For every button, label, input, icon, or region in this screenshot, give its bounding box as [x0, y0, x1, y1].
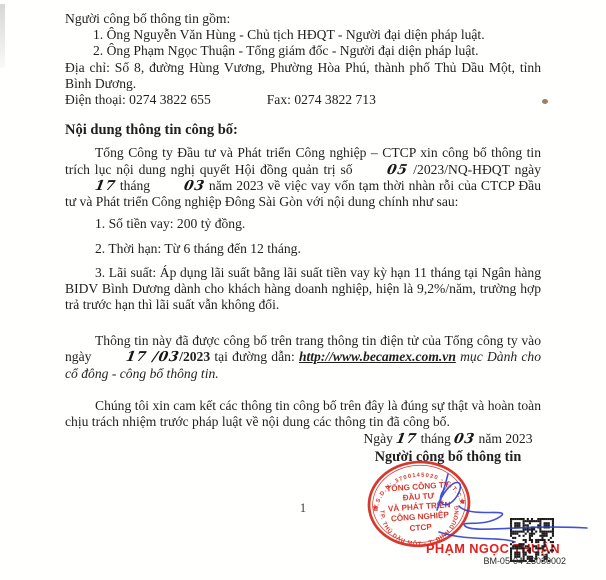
publish-text: tại đường dẫn:: [210, 349, 299, 364]
scan-edge-artifact: [0, 4, 5, 68]
fax-number: Fax: 0274 3822 713: [267, 92, 376, 107]
website-url: http://www.becamex.com.vn: [299, 349, 456, 364]
section-heading: Nội dung thông tin công bố:: [65, 122, 541, 138]
interest-rate-item: 3. Lãi suất: Áp dụng lãi suất bằng lãi s…: [65, 265, 541, 314]
handwritten-resolution-number: 05: [356, 162, 410, 178]
publication-paragraph: Thông tin này đã được công bố trên trang…: [65, 333, 541, 382]
discloser-2: 2. Ông Phạm Ngọc Thuận - Tổng giám đốc -…: [65, 43, 541, 59]
publish-year: /2023: [179, 349, 210, 364]
commitment-paragraph: Chúng tôi xin cam kết các thông tin công…: [65, 398, 541, 430]
handwritten-day: 17: [64, 178, 118, 194]
date-text: Ngày: [363, 431, 396, 446]
ink-speck: [542, 99, 548, 104]
disclosers-lead: Người công bố thông tin gồm:: [65, 11, 541, 27]
handwritten-sign-day: 17: [395, 431, 419, 448]
handwritten-month: 03: [153, 178, 207, 194]
loan-amount-item: 1. Số tiền vay: 200 tỷ đồng.: [65, 216, 541, 232]
form-code: BM-05-04-23030002: [470, 556, 566, 566]
date-text: năm 2023: [475, 431, 532, 446]
company-address: Địa chỉ: Số 8, đường Hùng Vương, Phường …: [65, 60, 541, 92]
discloser-1: 1. Ông Nguyễn Văn Hùng - Chủ tịch HĐQT -…: [65, 27, 541, 43]
handwritten-sign-month: 03: [453, 431, 477, 448]
date-text: tháng: [417, 431, 454, 446]
scanned-document-page: Người công bố thông tin gồm: 1. Ông Nguy…: [0, 0, 606, 580]
loan-term-item: 2. Thời hạn: Từ 6 tháng đến 12 tháng.: [65, 241, 541, 257]
signature-date-line: Ngày 17 tháng 03 năm 2023: [352, 431, 544, 448]
phone-number: Điện thoại: 0274 3822 655: [65, 92, 211, 107]
announce-text: tháng: [116, 178, 154, 193]
handwritten-publish-date: 17 /03: [94, 349, 180, 365]
document-body: Người công bố thông tin gồm: 1. Ông Nguy…: [65, 5, 541, 430]
contact-line: Điện thoại: 0274 3822 655Fax: 0274 3822 …: [65, 92, 541, 108]
announcement-paragraph: Tổng Công ty Đầu tư và Phát triển Công n…: [65, 145, 541, 210]
page-number: 1: [0, 501, 606, 516]
announce-text: /2023/NQ-HĐQT ngày: [408, 162, 541, 177]
